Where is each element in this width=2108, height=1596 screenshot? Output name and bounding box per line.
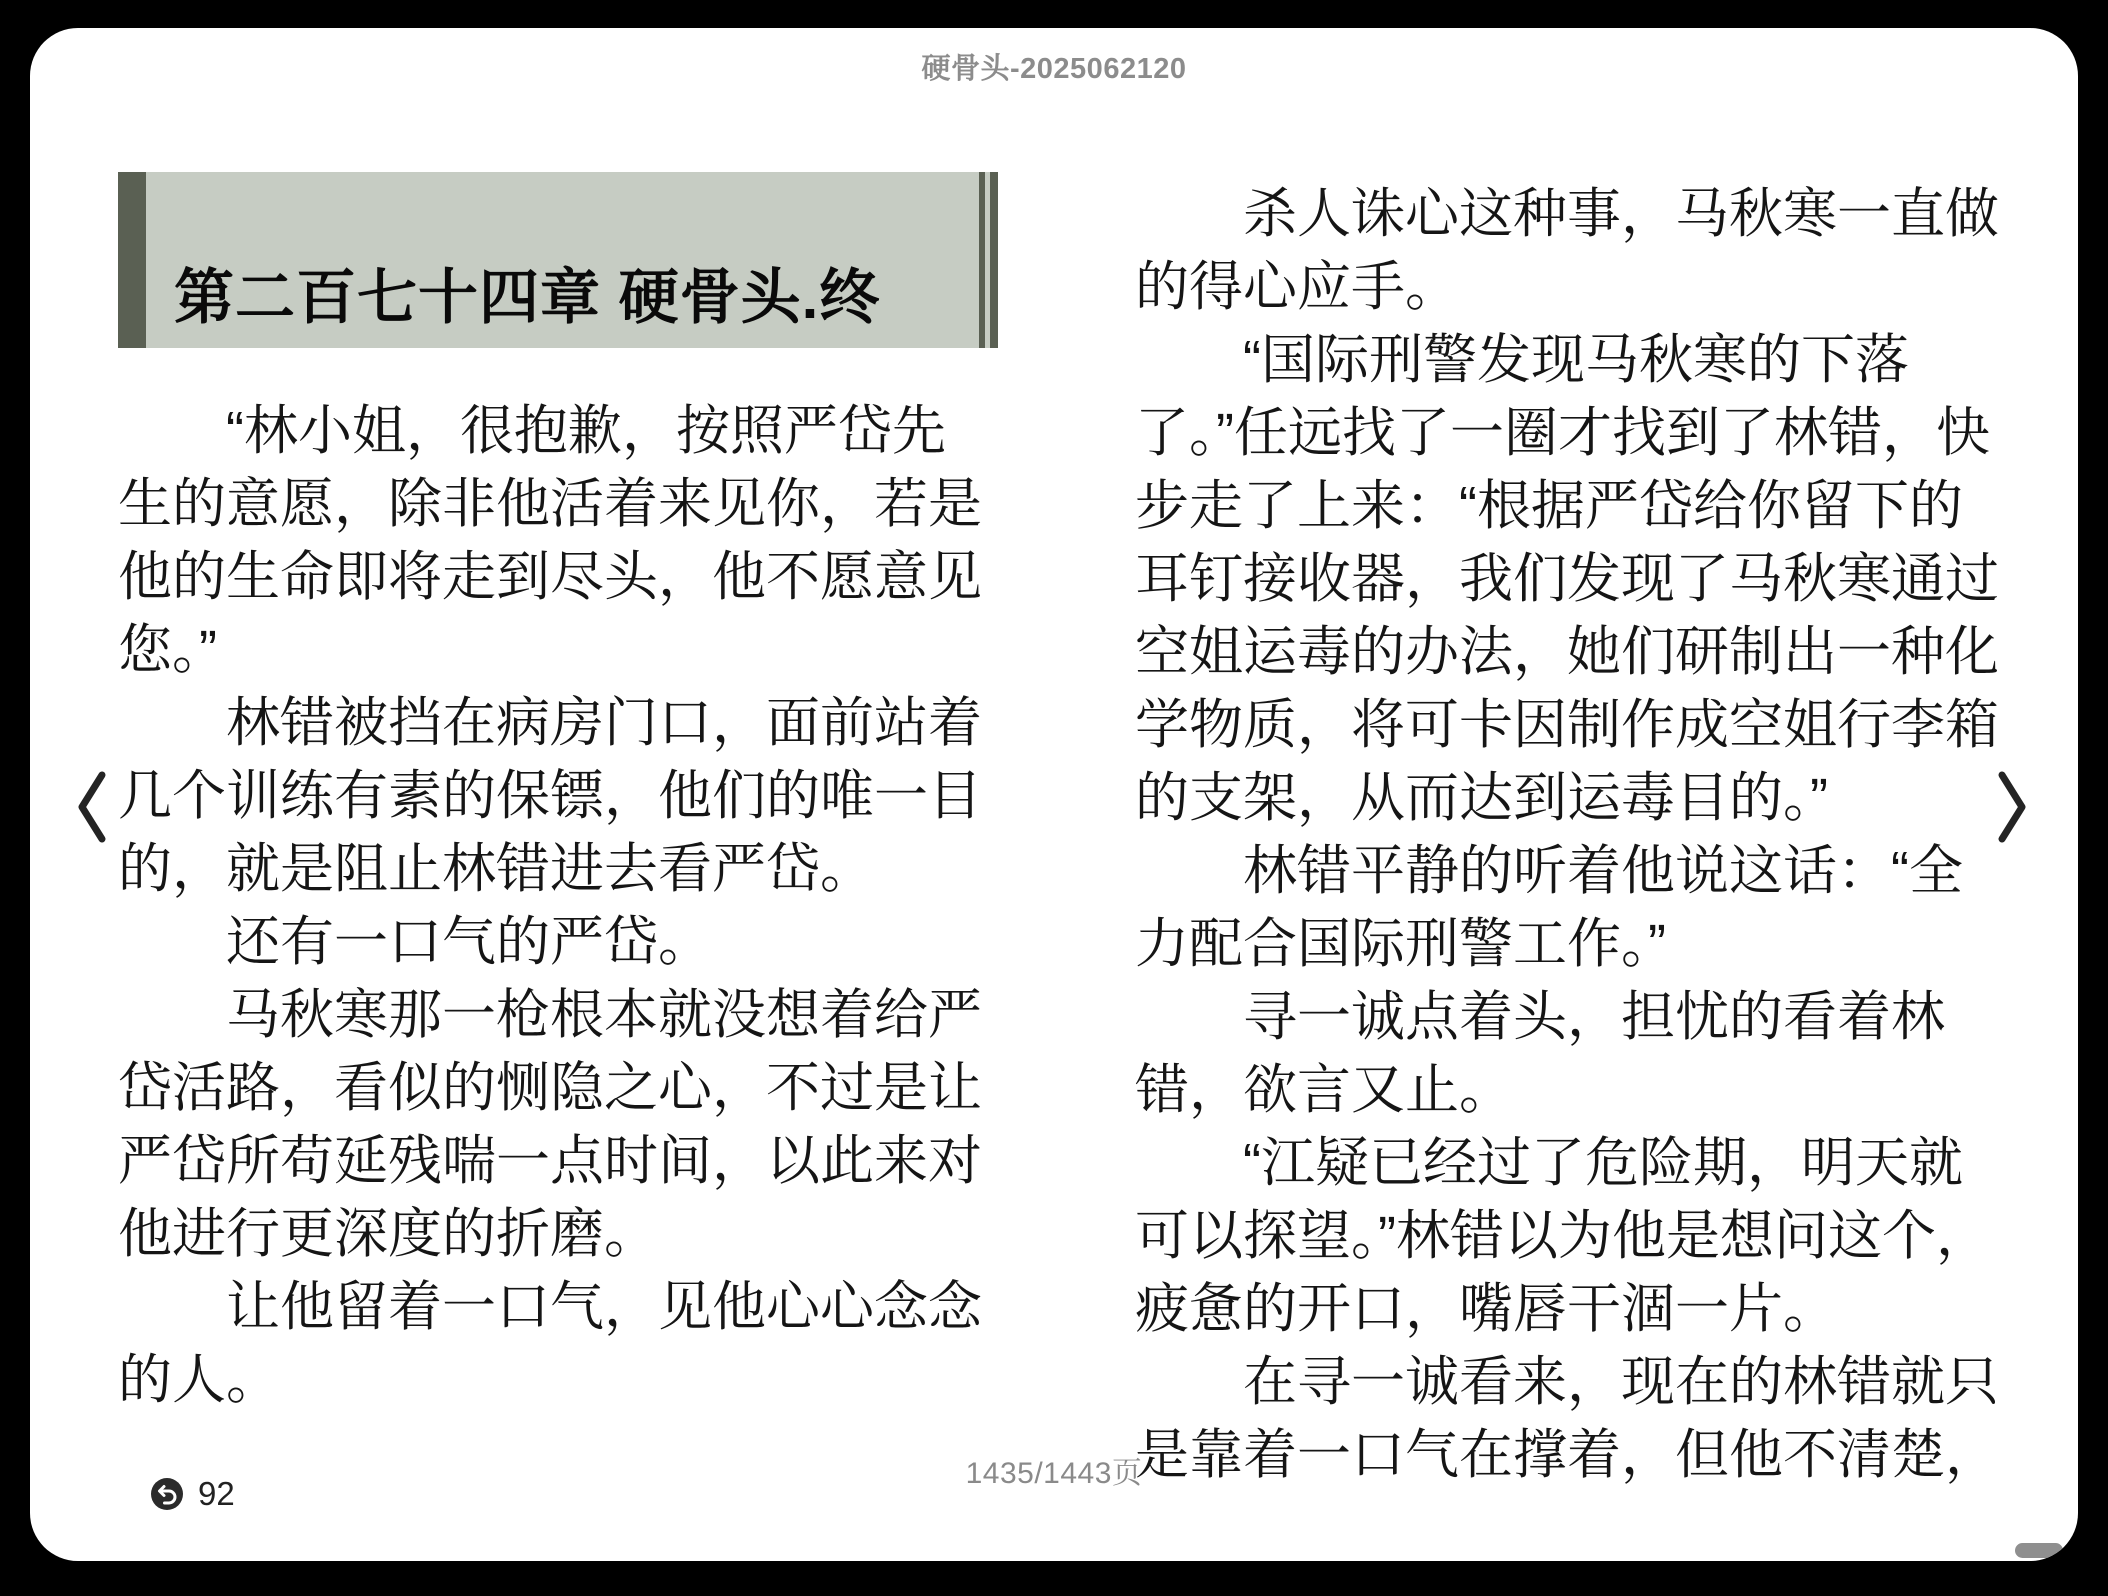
page-indicator: 1435/1443页 — [30, 1448, 2078, 1492]
book-header-title: 硬骨头-2025062120 — [30, 46, 2078, 87]
paragraph: 让他留着一口气，见他心心念念的人。 — [118, 1271, 986, 1417]
text-column-left: “林小姐，很抱歉，按照严岱先生的意愿，除非他活着来见你，若是他的生命即将走到尽头… — [118, 395, 986, 1417]
paragraph: “江疑已经过了危险期，明天就可以探望。”林错以为他是想问这个，疲惫的开口，嘴唇干… — [1135, 1127, 2003, 1346]
reader-page[interactable]: 硬骨头-2025062120 第二百七十四章 硬骨头.终 “林小姐，很抱歉，按照… — [30, 28, 2078, 1561]
device-frame: 硬骨头-2025062120 第二百七十四章 硬骨头.终 “林小姐，很抱歉，按照… — [0, 0, 2108, 1596]
chapter-box-left-bar — [118, 172, 146, 348]
paragraph: “林小姐，很抱歉，按照严岱先生的意愿，除非他活着来见你，若是他的生命即将走到尽头… — [118, 395, 986, 687]
back-to-page-button[interactable]: 92 — [150, 1475, 235, 1513]
corner-handle-pill[interactable] — [2015, 1543, 2063, 1558]
text-column-right: 杀人诛心这种事，马秋寒一直做的得心应手。“国际刑警发现马秋寒的下落了。”任远找了… — [1135, 178, 2003, 1492]
next-page-button[interactable] — [1995, 770, 2029, 844]
paragraph: 还有一口气的严岱。 — [118, 906, 986, 979]
chapter-box-right-line-outer — [990, 172, 998, 348]
paragraph: “国际刑警发现马秋寒的下落了。”任远找了一圈才找到了林错，快步走了上来：“根据严… — [1135, 324, 2003, 835]
paragraph: 林错平静的听着他说这话：“全力配合国际刑警工作。” — [1135, 835, 2003, 981]
paragraph: 杀人诛心这种事，马秋寒一直做的得心应手。 — [1135, 178, 2003, 324]
undo-arrow-icon — [150, 1477, 184, 1511]
chevron-right-icon — [1995, 770, 2029, 844]
chapter-title: 第二百七十四章 硬骨头.终 — [174, 250, 880, 336]
previous-page-button[interactable] — [75, 770, 109, 844]
chapter-box-right-line-inner — [979, 172, 985, 348]
back-page-number: 92 — [198, 1475, 235, 1513]
chapter-title-box: 第二百七十四章 硬骨头.终 — [118, 172, 998, 348]
chevron-left-icon — [75, 770, 109, 844]
paragraph: 林错被挡在病房门口，面前站着几个训练有素的保镖，他们的唯一目的，就是阻止林错进去… — [118, 687, 986, 906]
paragraph: 马秋寒那一枪根本就没想着给严岱活路，看似的恻隐之心，不过是让严岱所苟延残喘一点时… — [118, 979, 986, 1271]
paragraph: 寻一诚点着头，担忧的看着林错，欲言又止。 — [1135, 981, 2003, 1127]
